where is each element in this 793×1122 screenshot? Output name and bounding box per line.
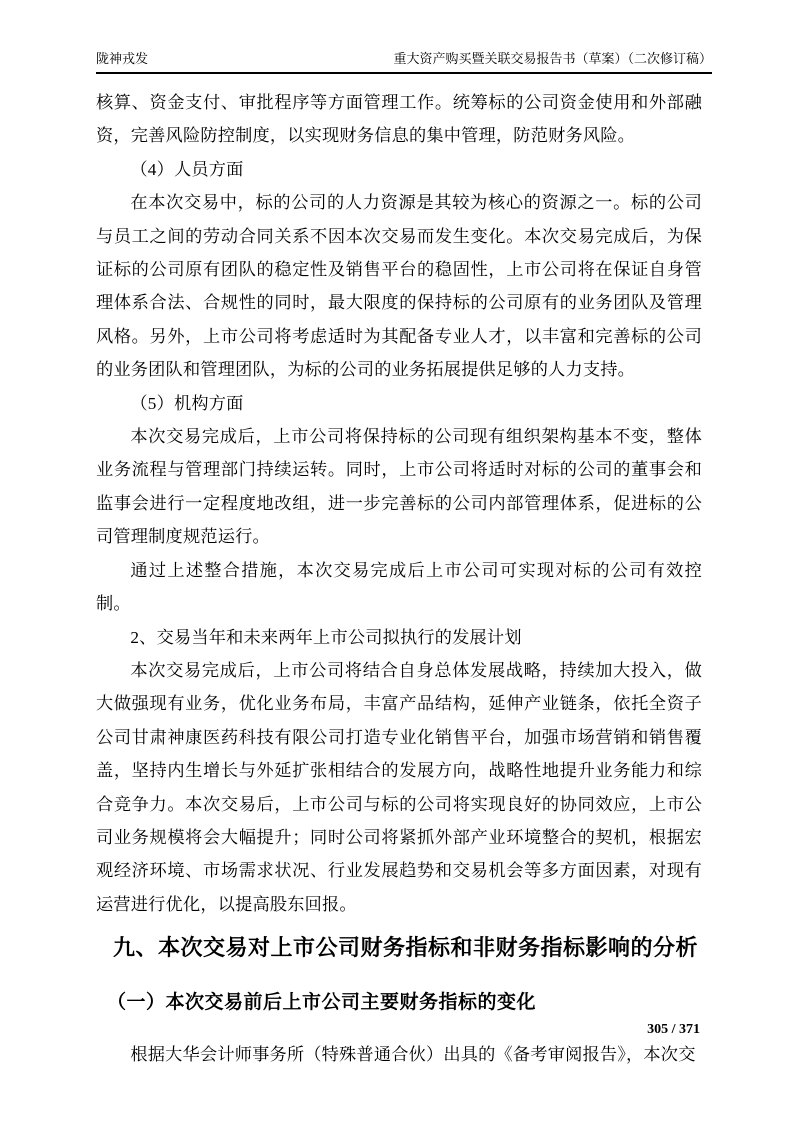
list-item-heading-4: （4）人员方面 [96, 153, 702, 186]
header-company-name: 陇神戎发 [96, 50, 148, 68]
section-heading: 九、本次交易对上市公司财务指标和非财务指标影响的分析 [96, 933, 702, 963]
header-report-title: 重大资产购买暨关联交易报告书（草案）（二次修订稿） [393, 50, 712, 68]
paragraph: 通过上述整合措施，本次交易完成后上市公司可实现对标的公司有效控制。 [96, 554, 702, 621]
paragraph-continuation: 核算、资金支付、审批程序等方面管理工作。统筹标的公司资金使用和外部融资，完善风险… [96, 86, 702, 153]
document-page: 陇神戎发 重大资产购买暨关联交易报告书（草案）（二次修订稿） 核算、资金支付、审… [0, 0, 793, 1122]
subsection-heading: （一）本次交易前后上市公司主要财务指标的变化 [96, 990, 702, 1016]
paragraph: 在本次交易中，标的公司的人力资源是其较为核心的资源之一。标的公司与员工之间的劳动… [96, 186, 702, 386]
paragraph-closing: 根据大华会计师事务所（特殊普通合伙）出具的《备考审阅报告》，本次交 [96, 1038, 702, 1071]
page-body: 核算、资金支付、审批程序等方面管理工作。统筹标的公司资金使用和外部融资，完善风险… [96, 86, 702, 1072]
list-item-heading-2: 2、交易当年和未来两年上市公司拟执行的发展计划 [96, 621, 702, 654]
paragraph: 本次交易完成后，上市公司将结合自身总体发展战略，持续加大投入，做大做强现有业务，… [96, 654, 702, 921]
paragraph: 本次交易完成后，上市公司将保持标的公司现有组织架构基本不变，整体业务流程与管理部… [96, 420, 702, 554]
list-item-heading-5: （5）机构方面 [96, 387, 702, 420]
running-header: 陇神戎发 重大资产购买暨关联交易报告书（草案）（二次修订稿） [96, 50, 712, 74]
page-number: 305 / 371 [647, 1022, 700, 1038]
